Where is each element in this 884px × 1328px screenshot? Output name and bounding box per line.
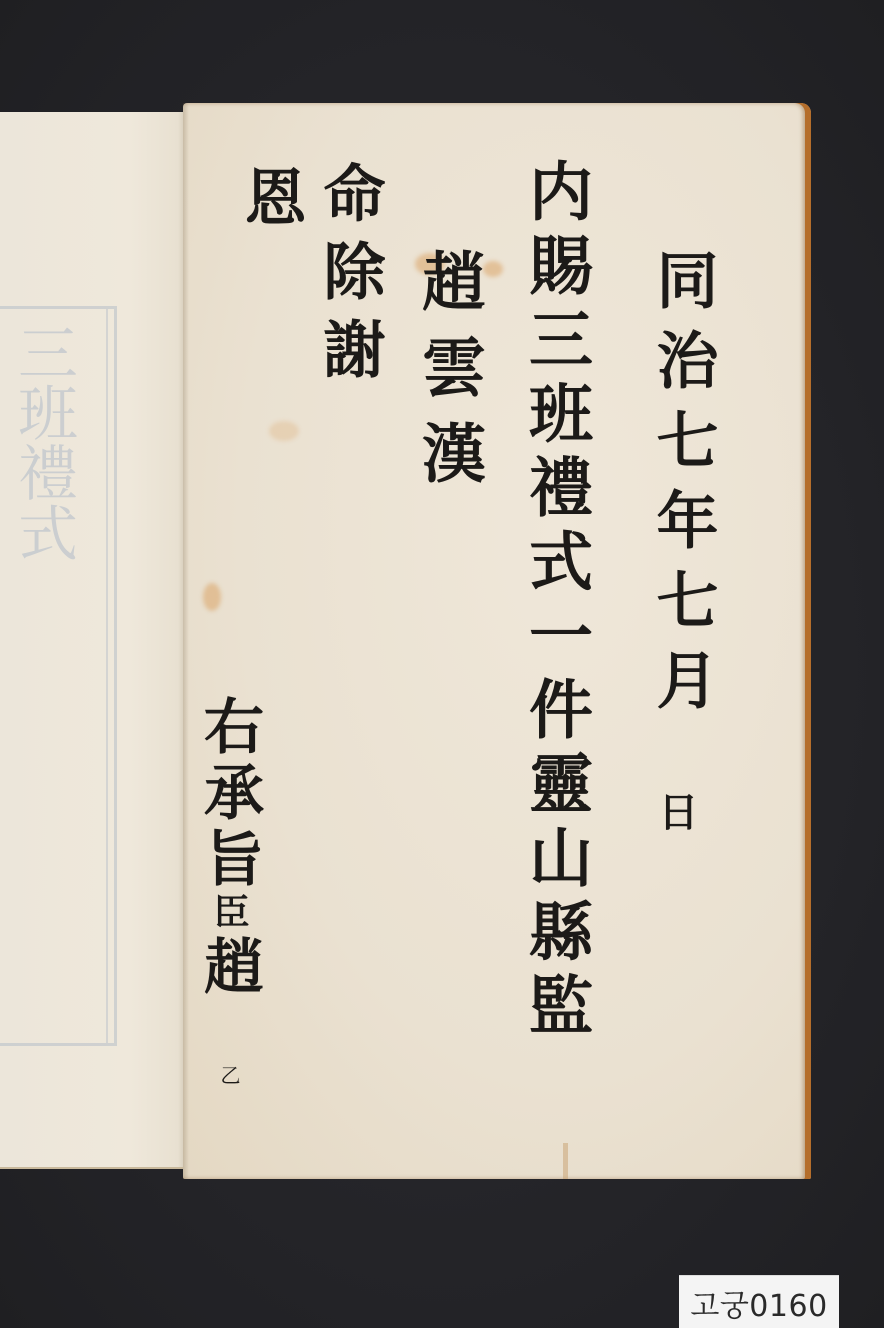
- grant-column: 内賜三班禮式一件靈山縣監: [520, 158, 590, 1046]
- date-day-character: 日: [653, 791, 697, 833]
- catalog-number: 고궁0160: [690, 1281, 827, 1325]
- date-column: 同治七年七月: [649, 248, 715, 728]
- foxing-stain: [269, 421, 299, 441]
- recipient-name-column: 趙雲漢: [413, 248, 483, 506]
- catalog-label: 고궁0160: [679, 1275, 839, 1328]
- grace-column: 恩: [237, 165, 303, 229]
- command-column: 命除謝: [316, 161, 382, 395]
- signatory-surname: 趙: [194, 935, 264, 1001]
- signatory-title: 右承旨: [194, 695, 264, 893]
- bleed-through-text: 三班禮式: [4, 322, 84, 562]
- paper-crease: [563, 1143, 568, 1179]
- signatory-column: 右承旨臣趙: [197, 695, 261, 1001]
- foxing-stain: [483, 261, 503, 277]
- signatory-subject: 臣: [208, 893, 250, 935]
- signature-mark: 乙: [217, 1065, 241, 1087]
- foxing-stain: [203, 583, 221, 611]
- document-page: 同治七年七月 日 内賜三班禮式一件靈山縣監 趙雲漢 命除謝 恩 右承旨臣趙 乙: [183, 103, 811, 1179]
- left-facing-page: 三班禮式: [0, 112, 186, 1169]
